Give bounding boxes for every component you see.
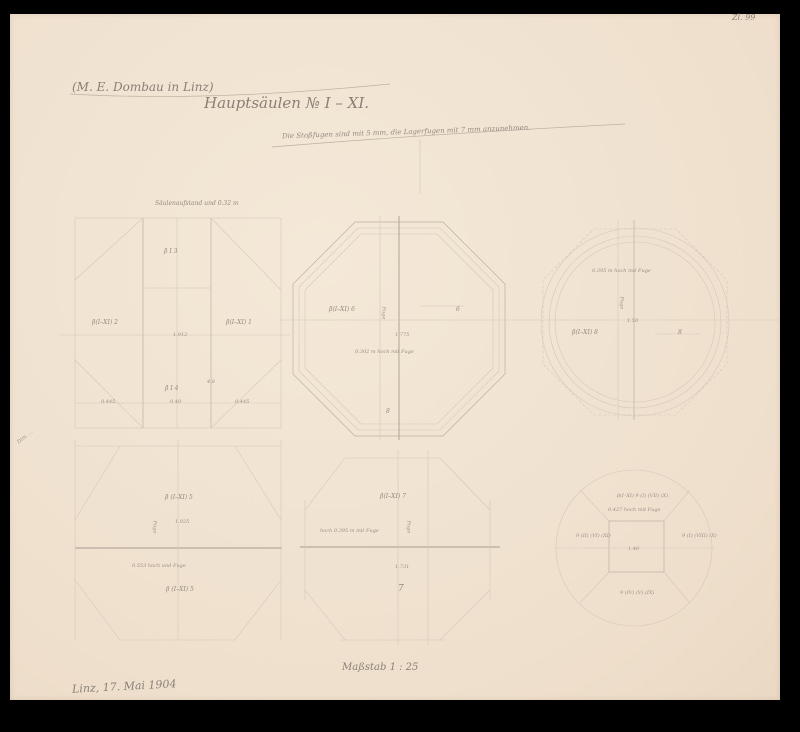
bl-center-value: 1.925 bbox=[175, 519, 189, 525]
br-label: β(I–XI) 9 (I) (VII) (X) bbox=[617, 493, 668, 499]
header-line2: Hauptsäulen № I – XI. bbox=[204, 94, 369, 112]
tl-small-mark: 4.8 bbox=[207, 379, 215, 385]
tm-center-value: 1.775 bbox=[395, 332, 409, 338]
br-center-value: 1.40 bbox=[628, 546, 639, 552]
scale-label: Maßstab 1 : 25 bbox=[342, 662, 418, 673]
bm-center-value: 1.731 bbox=[395, 564, 409, 570]
tm-note: 0.302 m hoch mit Fuge bbox=[355, 349, 414, 355]
tr-side-mark: 8 bbox=[678, 329, 682, 336]
tl-dim-1: 0.445 bbox=[101, 399, 115, 405]
br-left: 9 (II) (VI) (XI) bbox=[576, 533, 611, 539]
bl-label-top: β (I–XI) 5 bbox=[165, 494, 193, 501]
br-bottom: 9 (IV) (V) (IX) bbox=[620, 590, 654, 596]
tl-dim-2: 0.40 bbox=[170, 399, 181, 405]
tm-label: β(I–XI) 6 bbox=[329, 306, 355, 313]
header-line1: (M. E. Dombau in Linz) bbox=[72, 80, 214, 94]
tm-bottom-mark: 8 bbox=[386, 408, 390, 415]
br-right: 9 (I) (VIII) (X) bbox=[682, 533, 717, 539]
bl-vertical-note: Fuge bbox=[151, 521, 157, 534]
bm-bottom-mark: 7 bbox=[398, 584, 404, 594]
bm-note: hoch 0.395 m mit Fuge bbox=[320, 528, 379, 534]
sheet-number: Zl. 99 bbox=[732, 13, 755, 22]
bl-note: 0.553 hoch und Fuge bbox=[132, 563, 186, 569]
tm-side-mark: 6 bbox=[456, 306, 460, 313]
bl-label-bottom: β (I–XI) 5 bbox=[166, 586, 194, 593]
column-spacing-label: Säulenaufstand und 0.32 m bbox=[155, 200, 239, 207]
tl-label-4: β I 4 bbox=[165, 385, 178, 392]
tl-dim-3: 0.445 bbox=[235, 399, 249, 405]
technical-drawing bbox=[10, 14, 780, 700]
tr-center-value: 1.50 bbox=[627, 318, 638, 324]
tl-label-3: β I 3 bbox=[164, 248, 177, 255]
tr-vertical-note: Fuge bbox=[618, 297, 624, 310]
tl-label-1: β(I–XI) 1 bbox=[226, 319, 252, 326]
tl-label-2: β(I–XI) 2 bbox=[92, 319, 118, 326]
drawing-sheet: Zl. 99 (M. E. Dombau in Linz) Hauptsäule… bbox=[10, 14, 780, 700]
bm-label: β(I–XI) 7 bbox=[380, 493, 406, 500]
tr-note: 0.395 m hoch mit Fuge bbox=[592, 268, 651, 274]
tl-center-value: 1.912 bbox=[173, 332, 187, 338]
tm-vertical-note: Fuge bbox=[380, 307, 386, 320]
br-note: 0.427 hoch mit Fuge bbox=[608, 507, 661, 513]
tr-label: β(I–XI) 8 bbox=[572, 329, 598, 336]
bm-vertical-note: Fuge bbox=[405, 521, 411, 534]
